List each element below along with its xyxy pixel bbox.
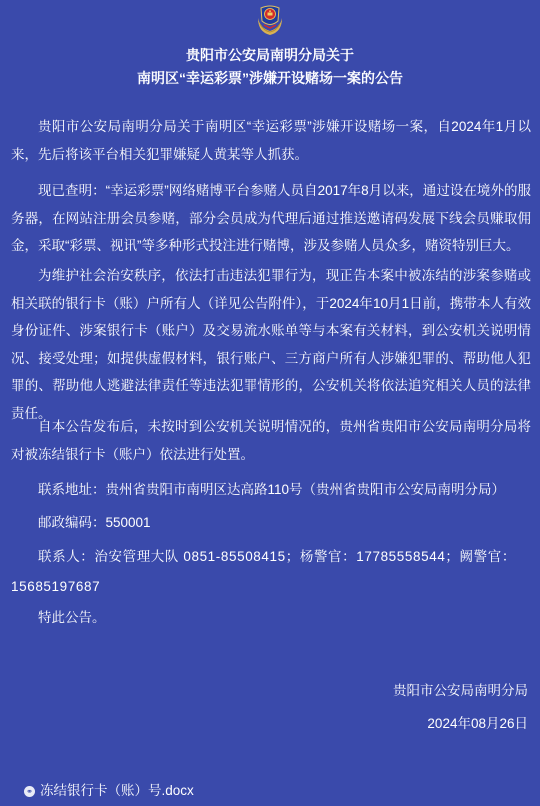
- paragraph-case-summary: 贵阳市公安局南明分局关于南明区“幸运彩票”涉嫌开设赌场一案，自2024年1月以来…: [11, 113, 531, 168]
- signature-organization: 贵阳市公安局南明分局: [393, 681, 528, 701]
- attachment-link[interactable]: ⚭ 冻结银行卡（账）号.docx: [24, 782, 194, 800]
- postal-code: 邮政编码：550001: [38, 513, 151, 533]
- announcement-title-line2: 南明区“幸运彩票”涉嫌开设赌场一案的公告: [0, 68, 540, 88]
- closing-statement: 特此公告。: [38, 608, 106, 628]
- attachment-filename[interactable]: 冻结银行卡（账）号.docx: [40, 782, 194, 800]
- link-icon: ⚭: [24, 786, 35, 797]
- contact-address: 联系地址：贵州省贵阳市南明区达高路110号（贵州省贵阳市公安局南明分局）: [38, 480, 505, 500]
- signature-date: 2024年08月26日: [427, 714, 528, 734]
- paragraph-notice-to-account-holders: 为维护社会治安秩序，依法打击违法犯罪行为，现正告本案中被冻结的涉案参赌或相关联的…: [11, 262, 531, 427]
- police-emblem-icon: [254, 4, 286, 36]
- announcement-title-line1: 贵阳市公安局南明分局关于: [0, 45, 540, 65]
- paragraph-investigation-findings: 现已查明：“幸运彩票”网络赌博平台参赌人员自2017年8月以来，通过设在境外的服…: [11, 177, 531, 260]
- contact-persons: 联系人：治安管理大队 0851-85508415；杨警官：17785558544…: [11, 542, 527, 602]
- paragraph-disposal-warning: 自本公告发布后，未按时到公安机关说明情况的，贵州省贵阳市公安局南明分局将对被冻结…: [11, 413, 531, 468]
